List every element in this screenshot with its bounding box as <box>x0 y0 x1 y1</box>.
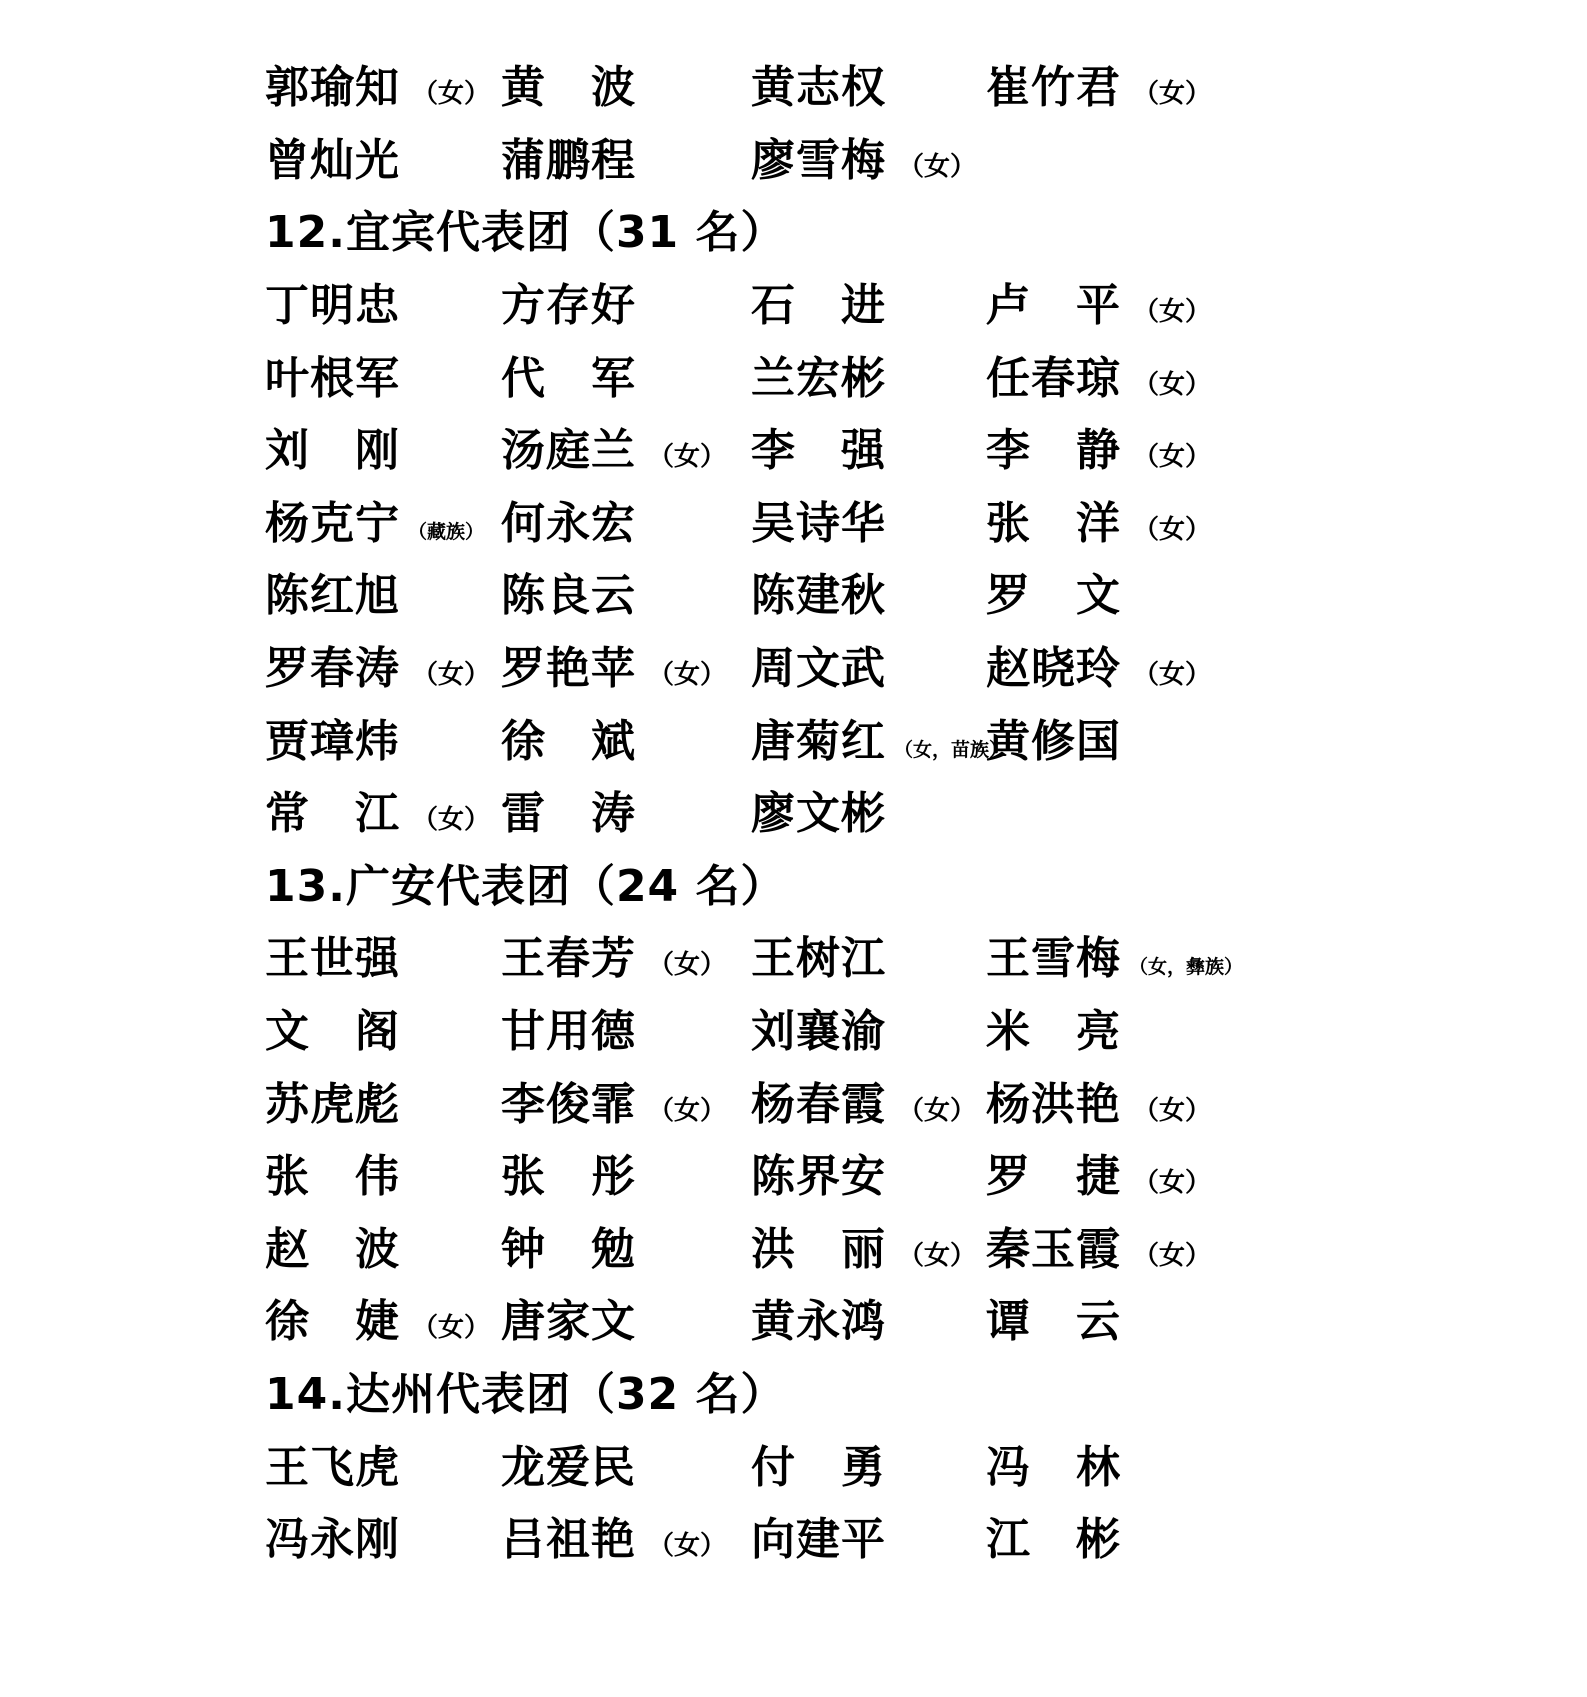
delegate-name: 江 彬 <box>986 1514 1121 1565</box>
gender-note: （女） <box>1133 1096 1211 1126</box>
delegate-entry: 杨春霞（女） <box>751 1068 986 1132</box>
name-row: 文 阁甘用德刘襄渝米 亮 <box>265 991 1587 1064</box>
delegate-name: 李俊霏 <box>501 1079 636 1130</box>
document-page: 郭瑜知（女）黄 波黄志权崔竹君（女）曾灿光蒲鹏程廖雪梅（女）12.宜宾代表团（3… <box>0 0 1587 1697</box>
delegate-entry: 王雪梅（女，彝族） <box>986 922 1587 986</box>
gender-note: （女） <box>1133 79 1211 109</box>
gender-note: （女） <box>898 152 976 182</box>
delegate-name: 廖文彬 <box>751 788 886 839</box>
delegate-name: 陈红旭 <box>265 570 400 621</box>
delegate-name: 向建平 <box>751 1514 886 1565</box>
delegate-name: 李 强 <box>751 425 886 476</box>
delegate-name: 任春琼 <box>986 353 1121 404</box>
delegate-name: 付 勇 <box>751 1442 886 1493</box>
delegate-entry: 米 亮 <box>986 995 1587 1059</box>
delegate-entry: 兰宏彬 <box>751 342 986 406</box>
delegate-name: 赵 波 <box>265 1224 400 1275</box>
delegate-name: 赵晓玲 <box>986 643 1121 694</box>
delegate-entry: 陈良云 <box>501 559 751 623</box>
gender-note: （女） <box>648 442 726 472</box>
delegate-name: 洪 丽 <box>751 1224 886 1275</box>
ethnic-gender-note: （藏族） <box>408 521 484 543</box>
delegate-entry: 龙爱民 <box>501 1431 751 1495</box>
delegate-entry: 卢 平（女） <box>986 269 1587 333</box>
ethnic-gender-note: （女，彝族） <box>1129 956 1243 978</box>
delegate-name: 张 伟 <box>265 1151 400 1202</box>
delegate-name: 刘 刚 <box>265 425 400 476</box>
delegate-name: 刘襄渝 <box>751 1006 886 1057</box>
delegate-entry: 罗 捷（女） <box>986 1140 1587 1204</box>
delegate-name: 黄永鸿 <box>751 1296 886 1347</box>
delegate-entry: 唐家文 <box>501 1285 751 1349</box>
delegate-entry: 江 彬 <box>986 1503 1587 1567</box>
delegate-entry: 石 进 <box>751 269 986 333</box>
delegate-entry: 王树江 <box>751 922 986 986</box>
delegate-name: 周文武 <box>751 643 886 694</box>
delegate-name: 蒲鹏程 <box>501 135 636 186</box>
delegate-entry: 贾璋炜 <box>265 705 501 769</box>
delegate-entry: 汤庭兰（女） <box>501 414 751 478</box>
delegate-name: 罗艳苹 <box>501 643 636 694</box>
delegate-entry: 王世强 <box>265 922 501 986</box>
delegate-name: 苏虎彪 <box>265 1079 400 1130</box>
name-row: 丁明忠方存好石 进卢 平（女） <box>265 265 1587 338</box>
delegate-name: 钟 勉 <box>501 1224 636 1275</box>
delegate-entry: 何永宏 <box>501 487 751 551</box>
delegate-name: 吴诗华 <box>751 498 886 549</box>
delegate-entry: 吴诗华 <box>751 487 986 551</box>
name-row: 贾璋炜徐 斌唐菊红（女，苗族）黄修国 <box>265 700 1587 773</box>
delegate-entry: 常 江（女） <box>265 777 501 841</box>
gender-note: （女） <box>412 79 490 109</box>
delegate-name: 卢 平 <box>986 280 1121 331</box>
gender-note: （女） <box>412 660 490 690</box>
delegate-name: 王树江 <box>751 933 886 984</box>
delegate-entry: 代 军 <box>501 342 751 406</box>
delegate-entry: 王飞虎 <box>265 1431 501 1495</box>
gender-note: （女） <box>648 950 726 980</box>
delegate-name: 兰宏彬 <box>751 353 886 404</box>
delegate-entry: 洪 丽（女） <box>751 1213 986 1277</box>
gender-note: （女） <box>412 1313 490 1343</box>
gender-note: （女） <box>1133 1241 1211 1271</box>
delegate-name: 吕祖艳 <box>501 1514 636 1565</box>
delegate-name: 杨克宁 <box>265 498 400 549</box>
delegate-name: 唐菊红 <box>751 716 886 767</box>
delegate-name: 甘用德 <box>501 1006 636 1057</box>
delegate-name: 王春芳 <box>501 933 636 984</box>
delegate-entry: 刘襄渝 <box>751 995 986 1059</box>
delegate-entry: 吕祖艳（女） <box>501 1503 751 1567</box>
name-row: 王飞虎龙爱民付 勇冯 林 <box>265 1426 1587 1499</box>
delegate-name: 黄修国 <box>986 716 1121 767</box>
delegate-name: 王雪梅 <box>986 933 1121 984</box>
delegate-name: 杨春霞 <box>751 1079 886 1130</box>
delegate-name: 罗 文 <box>986 570 1121 621</box>
name-row: 郭瑜知（女）黄 波黄志权崔竹君（女） <box>265 47 1587 120</box>
gender-note: （女） <box>412 805 490 835</box>
delegate-entry: 向建平 <box>751 1503 986 1567</box>
delegate-name: 米 亮 <box>986 1006 1121 1057</box>
delegate-entry: 李 静（女） <box>986 414 1587 478</box>
delegate-entry: 张 伟 <box>265 1140 501 1204</box>
name-row: 叶根军代 军兰宏彬任春琼（女） <box>265 337 1587 410</box>
delegate-entry: 雷 涛 <box>501 777 751 841</box>
name-row: 罗春涛（女）罗艳苹（女）周文武赵晓玲（女） <box>265 628 1587 701</box>
delegate-name: 杨洪艳 <box>986 1079 1121 1130</box>
delegate-name-list: 郭瑜知（女）黄 波黄志权崔竹君（女）曾灿光蒲鹏程廖雪梅（女）12.宜宾代表团（3… <box>0 0 1587 1571</box>
name-row: 陈红旭陈良云陈建秋罗 文 <box>265 555 1587 628</box>
delegate-entry: 黄永鸿 <box>751 1285 986 1349</box>
delegation-header: 13.广安代表团（24 名） <box>265 850 786 914</box>
delegate-entry: 陈红旭 <box>265 559 501 623</box>
gender-note: （女） <box>1133 297 1211 327</box>
delegate-name: 黄 波 <box>501 62 636 113</box>
delegate-entry: 刘 刚 <box>265 414 501 478</box>
delegate-entry: 赵晓玲（女） <box>986 632 1587 696</box>
delegate-entry: 叶根军 <box>265 342 501 406</box>
name-row: 赵 波钟 勉洪 丽（女）秦玉霞（女） <box>265 1209 1587 1282</box>
delegate-entry: 黄 波 <box>501 51 751 115</box>
name-row: 杨克宁（藏族）何永宏吴诗华张 洋（女） <box>265 483 1587 556</box>
name-row: 冯永刚吕祖艳（女）向建平江 彬 <box>265 1499 1587 1572</box>
delegation-header: 14.达州代表团（32 名） <box>265 1358 786 1422</box>
gender-note: （女） <box>898 1096 976 1126</box>
delegate-name: 曾灿光 <box>265 135 400 186</box>
delegate-entry: 廖文彬 <box>751 777 986 841</box>
delegate-name: 张 彤 <box>501 1151 636 1202</box>
name-row: 刘 刚汤庭兰（女）李 强李 静（女） <box>265 410 1587 483</box>
delegate-name: 汤庭兰 <box>501 425 636 476</box>
name-row: 王世强王春芳（女）王树江王雪梅（女，彝族） <box>265 918 1587 991</box>
delegate-name: 何永宏 <box>501 498 636 549</box>
gender-note: （女） <box>898 1241 976 1271</box>
delegate-entry: 唐菊红（女，苗族） <box>751 705 986 769</box>
delegate-entry: 杨洪艳（女） <box>986 1068 1587 1132</box>
name-row: 徐 婕（女）唐家文黄永鸿谭 云 <box>265 1281 1587 1354</box>
gender-note: （女） <box>1133 1168 1211 1198</box>
delegate-name: 陈建秋 <box>751 570 886 621</box>
delegate-name: 谭 云 <box>986 1296 1121 1347</box>
gender-note: （女） <box>648 1096 726 1126</box>
delegate-name: 冯永刚 <box>265 1514 400 1565</box>
delegate-entry: 甘用德 <box>501 995 751 1059</box>
delegate-name: 文 阁 <box>265 1006 400 1057</box>
delegate-entry: 廖雪梅（女） <box>751 124 986 188</box>
delegate-name: 王飞虎 <box>265 1442 400 1493</box>
delegate-entry: 周文武 <box>751 632 986 696</box>
delegation-header-row: 12.宜宾代表团（31 名） <box>265 192 1587 265</box>
delegate-name: 陈界安 <box>751 1151 886 1202</box>
gender-note: （女） <box>1133 660 1211 690</box>
delegate-name: 常 江 <box>265 788 400 839</box>
delegate-entry: 陈建秋 <box>751 559 986 623</box>
delegate-name: 廖雪梅 <box>751 135 886 186</box>
delegate-entry: 方存好 <box>501 269 751 333</box>
delegate-entry: 李 强 <box>751 414 986 478</box>
delegate-name: 王世强 <box>265 933 400 984</box>
delegate-entry: 罗 文 <box>986 559 1587 623</box>
delegate-name: 陈良云 <box>501 570 636 621</box>
delegate-entry: 张 彤 <box>501 1140 751 1204</box>
delegation-header-row: 13.广安代表团（24 名） <box>265 846 1587 919</box>
delegate-entry: 苏虎彪 <box>265 1068 501 1132</box>
gender-note: （女） <box>648 1531 726 1561</box>
delegate-name: 罗 捷 <box>986 1151 1121 1202</box>
gender-note: （女） <box>648 660 726 690</box>
delegate-name: 龙爱民 <box>501 1442 636 1493</box>
delegate-name: 贾璋炜 <box>265 716 400 767</box>
delegate-entry: 杨克宁（藏族） <box>265 487 501 551</box>
delegate-name: 方存好 <box>501 280 636 331</box>
delegate-name: 唐家文 <box>501 1296 636 1347</box>
delegate-entry: 徐 婕（女） <box>265 1285 501 1349</box>
delegate-name: 崔竹君 <box>986 62 1121 113</box>
name-row: 张 伟张 彤陈界安罗 捷（女） <box>265 1136 1587 1209</box>
delegate-name: 徐 斌 <box>501 716 636 767</box>
delegation-header-row: 14.达州代表团（32 名） <box>265 1354 1587 1427</box>
delegate-name: 丁明忠 <box>265 280 400 331</box>
delegate-entry: 罗春涛（女） <box>265 632 501 696</box>
delegate-entry: 谭 云 <box>986 1285 1587 1349</box>
delegate-entry: 蒲鹏程 <box>501 124 751 188</box>
delegate-entry: 崔竹君（女） <box>986 51 1587 115</box>
delegate-entry: 黄志权 <box>751 51 986 115</box>
delegate-entry: 陈界安 <box>751 1140 986 1204</box>
delegate-name: 郭瑜知 <box>265 62 400 113</box>
delegate-entry: 秦玉霞（女） <box>986 1213 1587 1277</box>
delegate-name: 徐 婕 <box>265 1296 400 1347</box>
delegate-entry: 赵 波 <box>265 1213 501 1277</box>
gender-note: （女） <box>1133 370 1211 400</box>
delegate-name: 代 军 <box>501 353 636 404</box>
delegate-name: 雷 涛 <box>501 788 636 839</box>
delegate-entry: 付 勇 <box>751 1431 986 1495</box>
delegate-entry: 文 阁 <box>265 995 501 1059</box>
delegate-entry: 钟 勉 <box>501 1213 751 1277</box>
delegate-entry: 曾灿光 <box>265 124 501 188</box>
delegate-name: 叶根军 <box>265 353 400 404</box>
delegate-entry: 李俊霏（女） <box>501 1068 751 1132</box>
delegate-entry: 王春芳（女） <box>501 922 751 986</box>
delegate-name: 罗春涛 <box>265 643 400 694</box>
delegate-name: 秦玉霞 <box>986 1224 1121 1275</box>
gender-note: （女） <box>1133 515 1211 545</box>
delegate-entry: 郭瑜知（女） <box>265 51 501 115</box>
delegate-entry: 罗艳苹（女） <box>501 632 751 696</box>
delegate-entry: 张 洋（女） <box>986 487 1587 551</box>
delegate-entry: 冯永刚 <box>265 1503 501 1567</box>
delegate-name: 石 进 <box>751 280 886 331</box>
name-row: 常 江（女）雷 涛廖文彬 <box>265 773 1587 846</box>
delegate-name: 李 静 <box>986 425 1121 476</box>
gender-note: （女） <box>1133 442 1211 472</box>
delegate-entry: 任春琼（女） <box>986 342 1587 406</box>
delegate-entry: 黄修国 <box>986 705 1587 769</box>
delegate-name: 冯 林 <box>986 1442 1121 1493</box>
delegate-entry: 徐 斌 <box>501 705 751 769</box>
name-row: 曾灿光蒲鹏程廖雪梅（女） <box>265 120 1587 193</box>
delegate-name: 黄志权 <box>751 62 886 113</box>
name-row: 苏虎彪李俊霏（女）杨春霞（女）杨洪艳（女） <box>265 1063 1587 1136</box>
delegate-entry: 冯 林 <box>986 1431 1587 1495</box>
delegation-header: 12.宜宾代表团（31 名） <box>265 196 786 260</box>
delegate-name: 张 洋 <box>986 498 1121 549</box>
delegate-entry: 丁明忠 <box>265 269 501 333</box>
